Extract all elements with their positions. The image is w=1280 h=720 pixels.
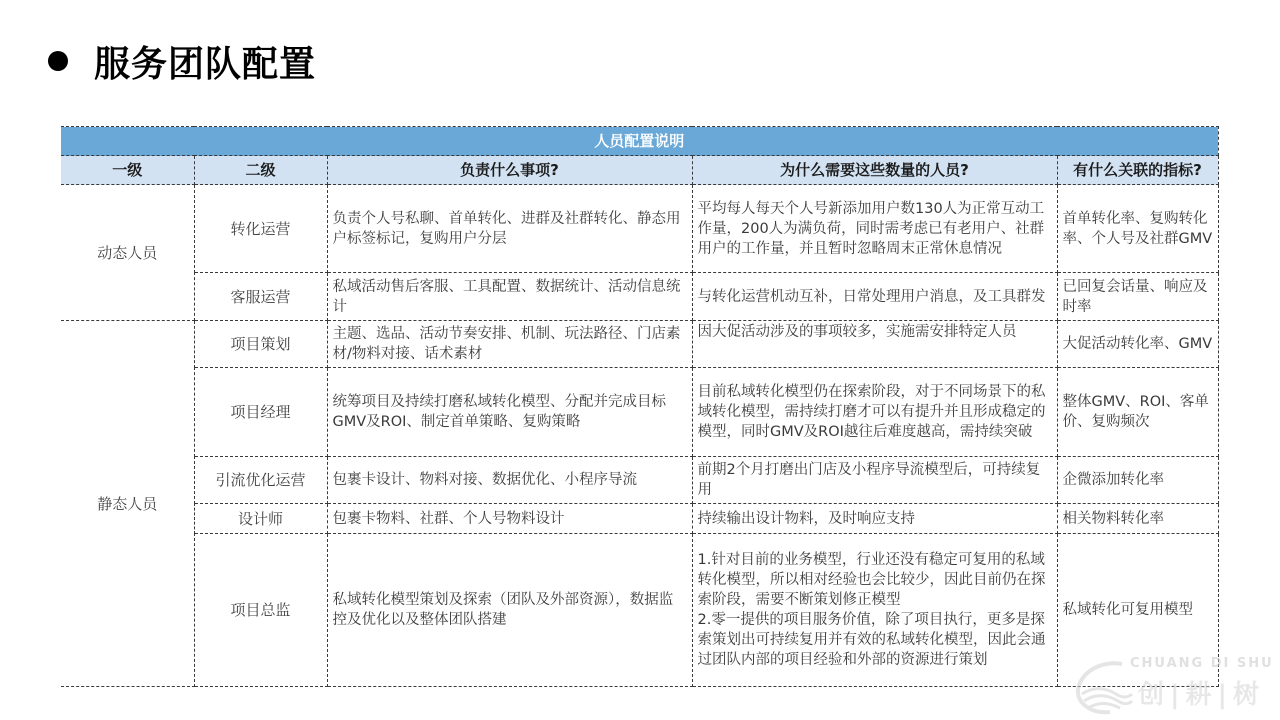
duties-cell: 包裹卡物料、社群、个人号物料设计 xyxy=(327,504,692,534)
metrics-cell: 企微添加转化率 xyxy=(1057,457,1218,504)
table-row: 引流优化运营 包裹卡设计、物料对接、数据优化、小程序导流 前期2个月打磨出门店及… xyxy=(61,457,1218,504)
level1-cell: 静态人员 xyxy=(61,321,194,687)
reason-cell: 因大促活动涉及的事项较多，实施需安排特定人员 xyxy=(692,321,1057,368)
level2-cell: 项目总监 xyxy=(194,534,327,687)
duties-cell: 负责个人号私聊、首单转化、进群及社群转化、静态用户标签标记，复购用户分层 xyxy=(327,185,692,273)
page-title-block: 服务团队配置 xyxy=(48,36,316,86)
column-header-reason: 为什么需要这些数量的人员? xyxy=(692,156,1057,185)
table-row: 设计师 包裹卡物料、社群、个人号物料设计 持续输出设计物料，及时响应支持 相关物… xyxy=(61,504,1218,534)
reason-line: 2.零一提供的项目服务价值，除了项目执行，更多是探索策划出可持续复用并有效的私域… xyxy=(698,610,1052,670)
table-row: 动态人员 转化运营 负责个人号私聊、首单转化、进群及社群转化、静态用户标签标记，… xyxy=(61,185,1218,273)
reason-cell: 目前私域转化模型仍在探索阶段，对于不同场景下的私域转化模型，需持续打磨才可以有提… xyxy=(692,368,1057,457)
reason-line: 1.针对目前的业务模型，行业还没有稳定可复用的私域转化模型，所以相对经验也会比较… xyxy=(698,550,1052,610)
staff-config-table: 人员配置说明 一级 二级 负责什么事项? 为什么需要这些数量的人员? 有什么关联… xyxy=(61,126,1219,687)
page-title: 服务团队配置 xyxy=(94,36,316,87)
duties-cell: 包裹卡设计、物料对接、数据优化、小程序导流 xyxy=(327,457,692,504)
table-row: 项目经理 统筹项目及持续打磨私域转化模型、分配并完成目标GMV及ROI、制定首单… xyxy=(61,368,1218,457)
brand-watermark: CHUANG DI SHU 创|耕|树 xyxy=(1072,654,1280,720)
metrics-cell: 整体GMV、ROI、客单价、复购频次 xyxy=(1057,368,1218,457)
level1-cell: 动态人员 xyxy=(61,185,194,321)
table-title-row: 人员配置说明 xyxy=(61,127,1218,156)
level2-cell: 客服运营 xyxy=(194,273,327,321)
table-row: 项目总监 私域转化模型策划及探索（团队及外部资源），数据监控及优化以及整体团队搭… xyxy=(61,534,1218,687)
duties-cell: 私域活动售后客服、工具配置、数据统计、活动信息统计 xyxy=(327,273,692,321)
level2-cell: 设计师 xyxy=(194,504,327,534)
level2-cell: 转化运营 xyxy=(194,185,327,273)
table-title: 人员配置说明 xyxy=(61,127,1218,156)
metrics-cell: 大促活动转化率、GMV xyxy=(1057,321,1218,368)
metrics-cell: 首单转化率、复购转化率、个人号及社群GMV xyxy=(1057,185,1218,273)
duties-cell: 统筹项目及持续打磨私域转化模型、分配并完成目标GMV及ROI、制定首单策略、复购… xyxy=(327,368,692,457)
reason-cell: 持续输出设计物料，及时响应支持 xyxy=(692,504,1057,534)
reason-cell: 前期2个月打磨出门店及小程序导流模型后，可持续复用 xyxy=(692,457,1057,504)
reason-cell: 1.针对目前的业务模型，行业还没有稳定可复用的私域转化模型，所以相对经验也会比较… xyxy=(692,534,1057,687)
watermark-en: CHUANG DI SHU xyxy=(1130,656,1274,671)
reason-cell: 平均每人每天个人号新添加用户数130人为正常互动工作量，200人为满负荷，同时需… xyxy=(692,185,1057,273)
duties-cell: 私域转化模型策划及探索（团队及外部资源），数据监控及优化以及整体团队搭建 xyxy=(327,534,692,687)
column-header-duties: 负责什么事项? xyxy=(327,156,692,185)
duties-cell: 主题、选品、活动节奏安排、机制、玩法路径、门店素材/物料对接、话术素材 xyxy=(327,321,692,368)
level2-cell: 引流优化运营 xyxy=(194,457,327,504)
level2-cell: 项目策划 xyxy=(194,321,327,368)
reason-cell: 与转化运营机动互补，日常处理用户消息，及工具群发 xyxy=(692,273,1057,321)
table-row: 客服运营 私域活动售后客服、工具配置、数据统计、活动信息统计 与转化运营机动互补… xyxy=(61,273,1218,321)
watermark-cn: 创|耕|树 xyxy=(1138,674,1265,711)
wave-logo-icon xyxy=(1072,658,1134,716)
bullet-dot-icon xyxy=(48,51,68,71)
table-row: 静态人员 项目策划 主题、选品、活动节奏安排、机制、玩法路径、门店素材/物料对接… xyxy=(61,321,1218,368)
metrics-cell: 已回复会话量、响应及时率 xyxy=(1057,273,1218,321)
table-header-row: 一级 二级 负责什么事项? 为什么需要这些数量的人员? 有什么关联的指标? xyxy=(61,156,1218,185)
column-header-level1: 一级 xyxy=(61,156,194,185)
column-header-level2: 二级 xyxy=(194,156,327,185)
level2-cell: 项目经理 xyxy=(194,368,327,457)
column-header-metrics: 有什么关联的指标? xyxy=(1057,156,1218,185)
metrics-cell: 相关物料转化率 xyxy=(1057,504,1218,534)
